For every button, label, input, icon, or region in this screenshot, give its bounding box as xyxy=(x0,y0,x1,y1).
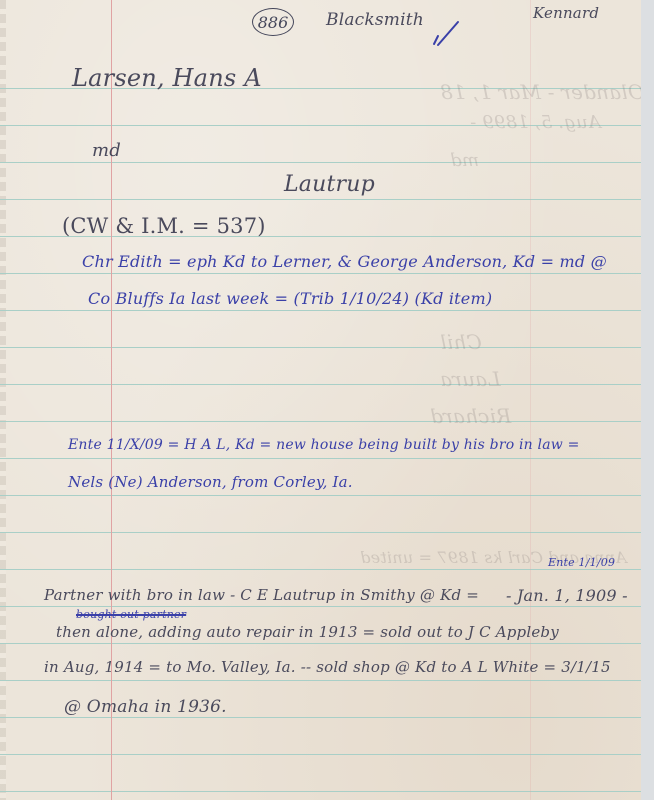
ruled-line xyxy=(0,569,641,570)
town: Kennard xyxy=(533,4,599,22)
card-number-text: 886 xyxy=(258,13,289,32)
ruled-line xyxy=(0,310,641,311)
occupation: Blacksmith xyxy=(326,10,424,30)
ruled-line xyxy=(0,717,641,718)
ruled-line xyxy=(0,347,641,348)
children-entry-line: Chr Edith = eph Kd to Lerner, & George A… xyxy=(82,252,607,271)
ruled-line xyxy=(0,791,641,792)
partner-date-note: Ente 1/1/09 xyxy=(548,556,615,569)
bleed-through-text: Larsen, Olander - Mar 1, 18 xyxy=(440,80,641,104)
ruled-line xyxy=(0,754,641,755)
ruled-line xyxy=(0,421,641,422)
ruled-line xyxy=(0,643,641,644)
ruled-line xyxy=(0,606,641,607)
children-entry-line: Co Bluffs Ia last week = (Trib 1/10/24) … xyxy=(88,289,492,308)
married-label: md xyxy=(92,140,121,161)
ruled-line xyxy=(0,495,641,496)
ruled-line xyxy=(0,273,641,274)
ruled-line xyxy=(0,458,641,459)
ruled-line xyxy=(0,199,641,200)
house-entry-line: Nels (Ne) Anderson, from Corley, Ia. xyxy=(68,473,353,491)
bleed-through-text: Chil xyxy=(440,330,482,354)
ruled-line xyxy=(0,532,641,533)
ruled-line xyxy=(0,162,641,163)
partner-entry-line: @ Omaha in 1936. xyxy=(64,697,227,717)
bleed-through-text: md xyxy=(450,150,479,171)
spouse-surname: Lautrup xyxy=(284,172,375,197)
partner-entry-line: in Aug, 1914 = to Mo. Valley, Ia. -- sol… xyxy=(44,658,611,676)
bleed-through-text: Laura xyxy=(440,367,501,391)
card-number: 886 xyxy=(252,8,294,36)
bleed-through-text: Aug. 5, 1899 - xyxy=(470,112,601,133)
index-card-page: Larsen, Olander - Mar 1, 18 Aug. 5, 1899… xyxy=(0,0,641,800)
partner-entry-line: then alone, adding auto repair in 1913 =… xyxy=(56,623,559,641)
struck-text: bought out partner xyxy=(76,608,186,621)
house-entry-line: Ente 11/X/09 = H A L, Kd = new house bei… xyxy=(68,437,580,453)
partner-entry-line: Partner with bro in law - C E Lautrup in… xyxy=(44,586,479,604)
scanner-background xyxy=(641,0,654,800)
checkmark-icon xyxy=(432,18,460,48)
bleed-through-text: Richard xyxy=(430,404,511,428)
ruled-line xyxy=(0,384,641,385)
margin-line xyxy=(111,0,112,800)
partner-date: - Jan. 1, 1909 - xyxy=(506,586,628,605)
ruled-line xyxy=(0,680,641,681)
subject-name: Larsen, Hans A xyxy=(72,64,262,92)
source-reference: (CW & I.M. = 537) xyxy=(62,214,266,238)
